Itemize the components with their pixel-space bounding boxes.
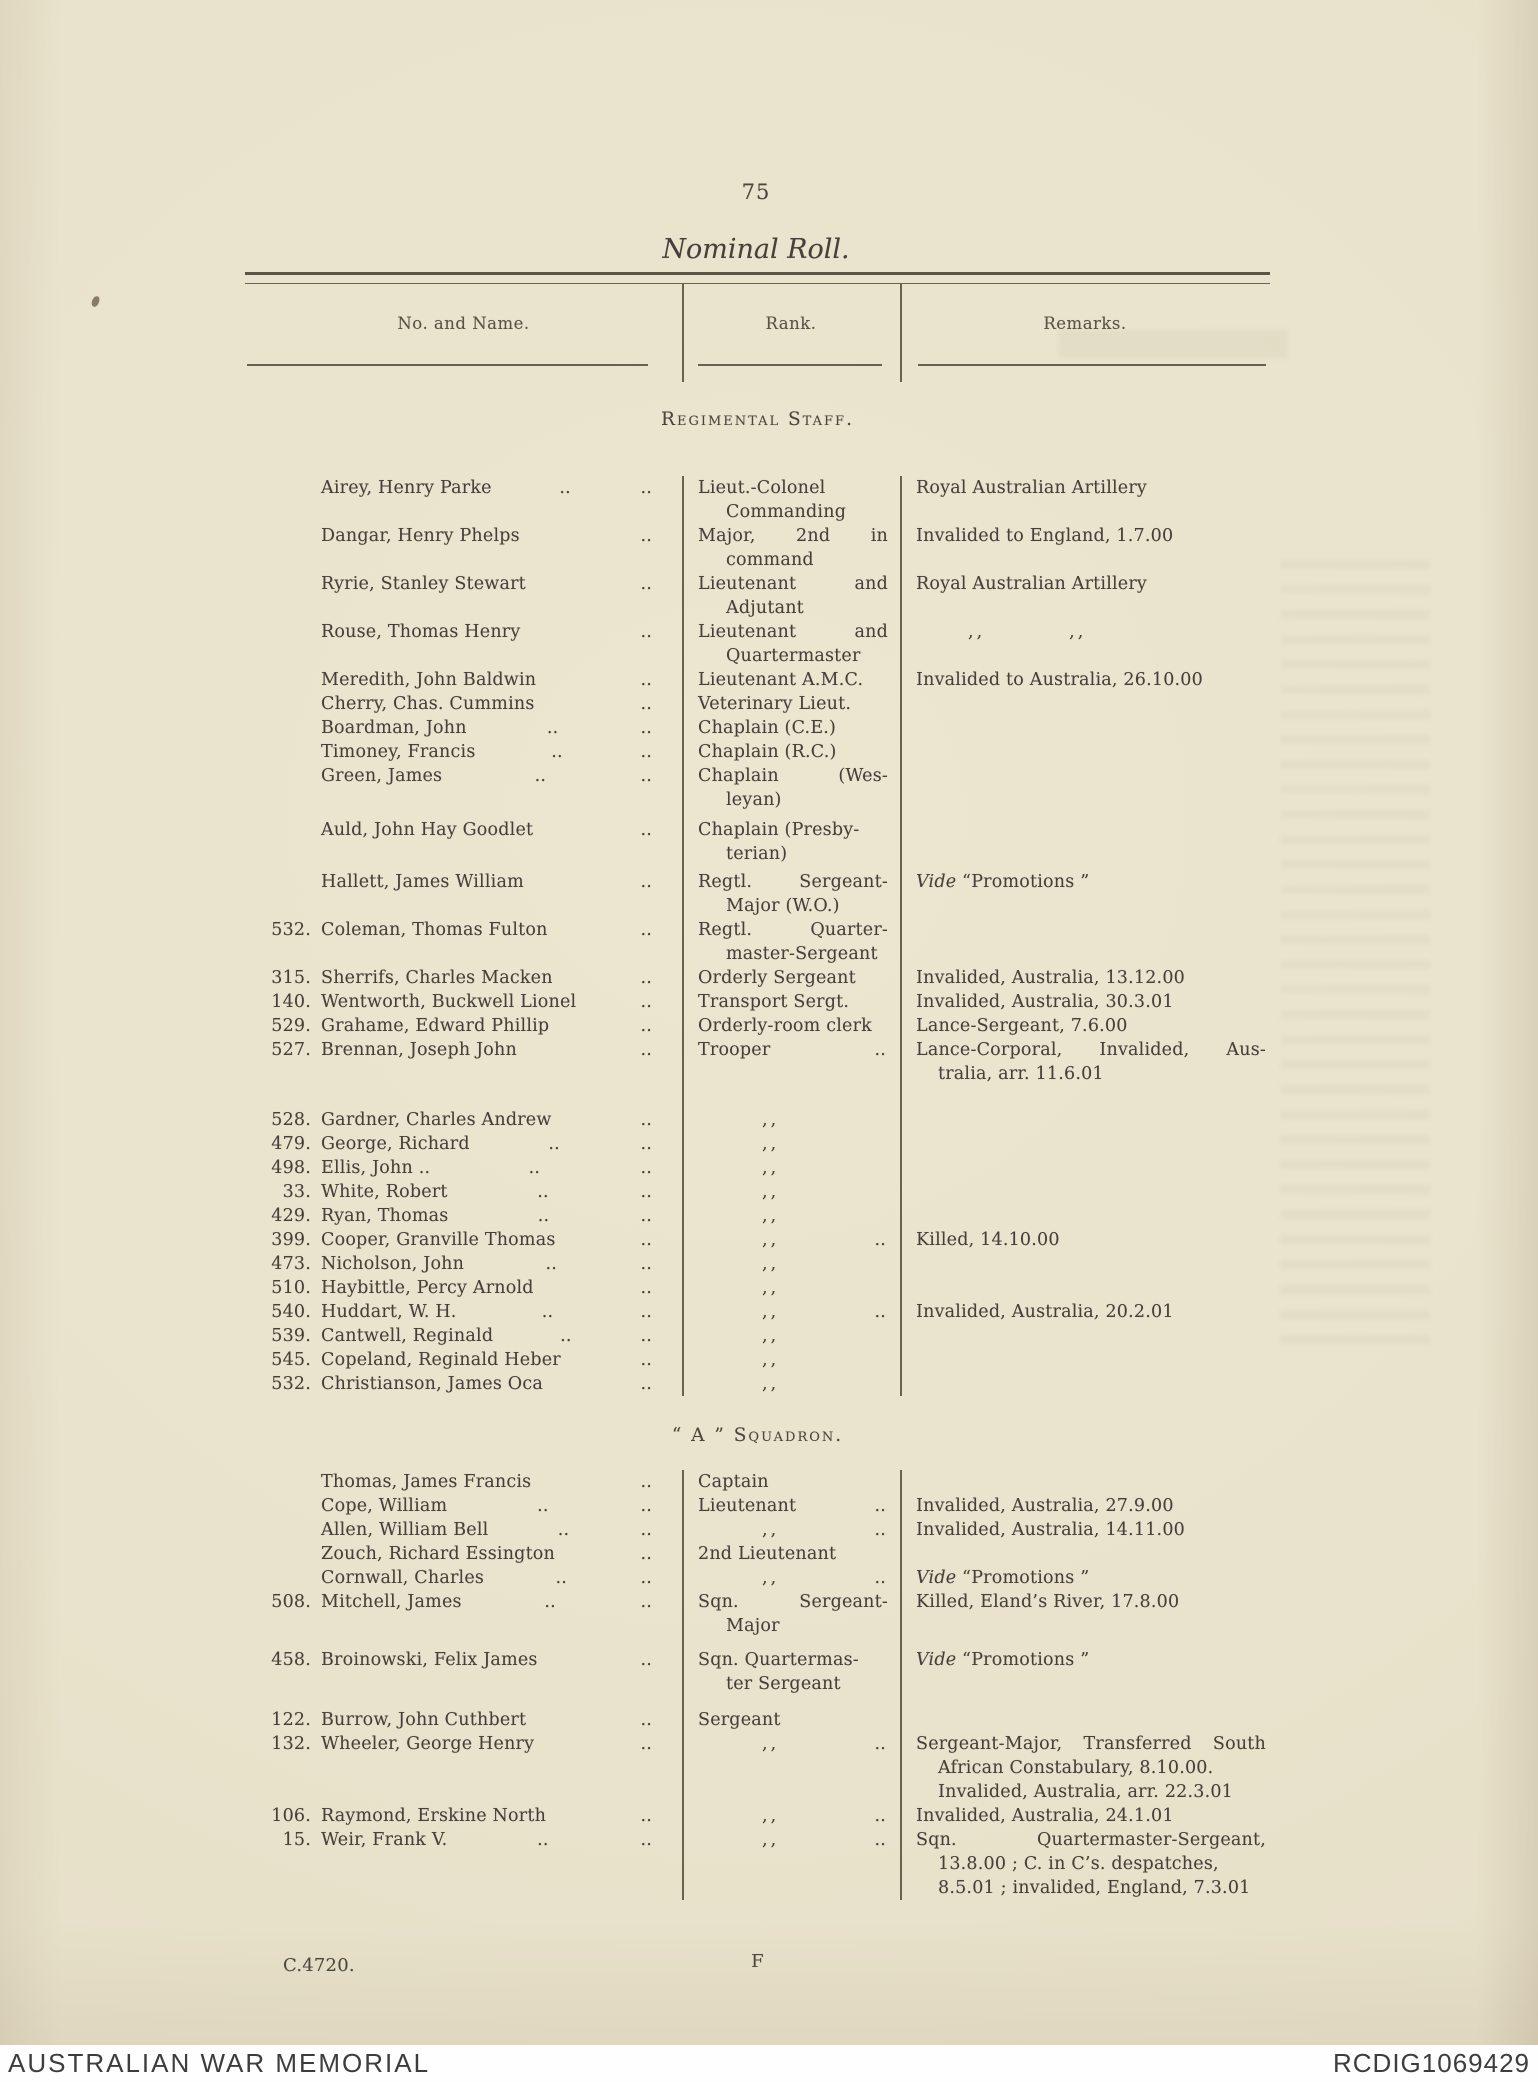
rank-text: terian) [698,842,888,866]
name-cell: 498.Ellis, John ...... [245,1156,682,1180]
leader-dots: .. [638,1590,654,1614]
leader-dots: .. [872,1828,888,1852]
name-cell: 15.Weir, Frank V..... [245,1828,682,1900]
person-name: Broinowski, Felix James [321,1648,538,1672]
header-underline [698,364,882,366]
person-name: Raymond, Erskine North [321,1804,546,1828]
remark-text: Invalided, Australia, 14.11.00 [916,1518,1266,1542]
remark-text: Lance-Corporal,Invalided,Aus- [916,1038,1266,1062]
rank-text: Trooper [698,1038,770,1062]
table-row: Timoney, Francis....Chaplain (R.C.) [245,740,1270,764]
name-cell: Cope, William.... [245,1494,682,1518]
name-cell: 545.Copeland, Reginald Heber.. [245,1348,682,1372]
person-name: Coleman, Thomas Fulton [321,918,548,942]
person-name: Ryan, Thomas [321,1204,448,1228]
remark-text: Invalided, Australia, 13.12.00 [916,966,1266,990]
person-name: George, Richard [321,1132,470,1156]
remarks-cell: Lance-Corporal,Invalided,Aus-tralia, arr… [900,1038,1270,1086]
rank-cell: ,,.. [682,1300,900,1324]
remarks-cell: ,,,, [900,620,1270,668]
remark-text: Invalided, Australia, 30.3.01 [916,990,1266,1014]
rank-text: Quartermaster [698,644,888,668]
remarks-cell: Invalided, Australia, 20.2.01 [900,1300,1270,1324]
rank-text: Transport Sergt. [698,990,888,1014]
ditto-mark: ,, [762,1804,779,1828]
leader-dots: .. [872,1038,888,1062]
leader-dots: .. [872,1494,888,1518]
rank-text: Chaplain (Presby- [698,818,888,842]
leader-dots: .. [544,1252,560,1276]
person-name: Brennan, Joseph John [321,1038,517,1062]
rank-text: Major [698,1614,888,1638]
leader-dots: .. [872,1518,888,1542]
ditto-mark: ,, [762,1180,779,1204]
table-sections: Regimental Staff.Airey, Henry Parke....L… [245,408,1270,1900]
leader-dots: .. [638,668,654,692]
remark-text: Vide “Promotions ” [916,1566,1266,1590]
name-cell: 429.Ryan, Thomas.... [245,1204,682,1228]
name-cell: Allen, William Bell.... [245,1518,682,1542]
person-name: Thomas, James Francis [321,1470,531,1494]
leader-dots: .. [872,1228,888,1252]
column-divider [900,1470,902,1900]
remark-text: 13.8.00 ; C. in C’s. despatches, [916,1852,1266,1876]
rank-text: Chaplain (R.C.) [698,740,888,764]
column-divider [900,284,902,382]
name-cell: 529.Grahame, Edward Phillip.. [245,1014,682,1038]
name-cell: Meredith, John Baldwin.. [245,668,682,692]
name-cell: Ryrie, Stanley Stewart.. [245,572,682,620]
table-row: Thomas, James Francis..Captain [245,1470,1270,1494]
ditto-mark: ,, [762,1828,779,1852]
table-row: 132.Wheeler, George Henry..,,..Sergeant-… [245,1732,1270,1804]
name-cell: 122.Burrow, John Cuthbert.. [245,1708,682,1732]
remarks-cell [900,1372,1270,1396]
person-name: Allen, William Bell [321,1518,488,1542]
ditto-mark: ,, [762,1300,779,1324]
table-row: 315.Sherrifs, Charles Macken..Orderly Se… [245,966,1270,990]
rank-text: Commanding [698,500,888,524]
table-row: 15.Weir, Frank V.....,,..Sqn.Quartermast… [245,1828,1270,1900]
name-cell: 532.Coleman, Thomas Fulton.. [245,918,682,966]
leader-dots: .. [536,1204,552,1228]
table-row: Rouse, Thomas Henry..LieutenantandQuarte… [245,620,1270,668]
remark-text: Royal Australian Artillery [916,572,1266,596]
remarks-cell: Invalided to England, 1.7.00 [900,524,1270,572]
leader-dots: .. [638,1518,654,1542]
rank-cell: Orderly Sergeant [682,966,900,990]
remark-text: African Constabulary, 8.10.00. [916,1756,1266,1780]
name-cell: Dangar, Henry Phelps.. [245,524,682,572]
rank-cell: Orderly-room clerk [682,1014,900,1038]
page-title: Nominal Roll. [0,234,1512,265]
leader-dots: .. [638,870,654,894]
remark-text: Royal Australian Artillery [916,476,1266,500]
column-divider [682,1470,684,1900]
person-name: Nicholson, John [321,1252,464,1276]
remarks-cell [900,1180,1270,1204]
rank-cell: ,,.. [682,1804,900,1828]
table-row: 473.Nicholson, John....,, [245,1252,1270,1276]
rank-cell: Regtl.Sergeant-Major (W.O.) [682,870,900,918]
rank-cell: ,, [682,1156,900,1180]
column-divider [900,476,902,1396]
ditto-mark: ,, [762,1204,779,1228]
service-number: 33. [253,1180,311,1204]
ditto-mark: ,, [968,620,985,644]
remarks-cell: Vide “Promotions ” [900,870,1270,918]
column-header-name: No. and Name. [245,284,682,382]
person-name: Christianson, James Oca [321,1372,543,1396]
name-cell: 510.Haybittle, Percy Arnold.. [245,1276,682,1300]
rank-cell: ,,.. [682,1228,900,1252]
remarks-cell [900,716,1270,740]
remark-text: Invalided, Australia, 27.9.00 [916,1494,1266,1518]
leader-dots: .. [527,1156,543,1180]
ditto-mark: ,, [762,1252,779,1276]
rank-text: Sergeant [698,1708,888,1732]
leader-dots: .. [638,1108,654,1132]
leader-dots: .. [872,1804,888,1828]
name-cell: 532.Christianson, James Oca.. [245,1372,682,1396]
table-row: Meredith, John Baldwin..Lieutenant A.M.C… [245,668,1270,692]
service-number: 540. [253,1300,311,1324]
person-name: Burrow, John Cuthbert [321,1708,526,1732]
person-name: Auld, John Hay Goodlet [321,818,533,842]
leader-dots: .. [872,1732,888,1756]
service-number: 528. [253,1108,311,1132]
remarks-cell [900,1470,1270,1494]
name-cell: Hallett, James William.. [245,870,682,918]
rank-cell: ,, [682,1324,900,1348]
rank-text: Chaplain(Wes- [698,764,888,788]
rank-cell: ,, [682,1180,900,1204]
service-number: 510. [253,1276,311,1300]
rank-text: Lieutenantand [698,620,888,644]
remarks-cell [900,1542,1270,1566]
person-name: Hallett, James William [321,870,524,894]
rank-text: Adjutant [698,596,888,620]
person-name: Gardner, Charles Andrew [321,1108,552,1132]
leader-dots: .. [638,1180,654,1204]
table-row: 140.Wentworth, Buckwell Lionel..Transpor… [245,990,1270,1014]
leader-dots: .. [556,1518,572,1542]
table-row: Auld, John Hay Goodlet..Chaplain (Presby… [245,818,1270,866]
person-name: Cope, William [321,1494,447,1518]
remark-text: Vide “Promotions ” [916,1648,1266,1672]
remarks-cell: Killed, 14.10.00 [900,1228,1270,1252]
rank-cell: Sqn.Sergeant-Major [682,1590,900,1638]
person-name: Cooper, Granville Thomas [321,1228,556,1252]
rank-cell: Chaplain (C.E.) [682,716,900,740]
service-number: 132. [253,1732,311,1756]
rank-cell: Major,2ndincommand [682,524,900,572]
leader-dots: .. [638,990,654,1014]
rank-cell: ,, [682,1108,900,1132]
name-cell: 140.Wentworth, Buckwell Lionel.. [245,990,682,1014]
remarks-cell: Sergeant-Major,TransferredSouthAfrican C… [900,1732,1270,1804]
ditto-mark: ,, [762,1732,779,1756]
table-body: Thomas, James Francis..CaptainCope, Will… [245,1470,1270,1900]
table-row: Cornwall, Charles....,,..Vide “Promotion… [245,1566,1270,1590]
leader-dots: .. [533,764,549,788]
table-row: 508.Mitchell, James....Sqn.Sergeant-Majo… [245,1590,1270,1638]
table-row: Green, James....Chaplain(Wes-leyan) [245,764,1270,812]
person-name: White, Robert [321,1180,448,1204]
ditto-mark: ,, [762,1324,779,1348]
rank-cell: Lieut.-ColonelCommanding [682,476,900,524]
remarks-cell: Invalided, Australia, 30.3.01 [900,990,1270,1014]
plate-number: C.4720. [283,1955,355,1976]
page-number: 75 [0,180,1512,204]
name-cell: 315.Sherrifs, Charles Macken.. [245,966,682,990]
rank-cell: Sqn. Quartermas-ter Sergeant [682,1648,900,1696]
rank-cell: ,,.. [682,1566,900,1590]
person-name: Weir, Frank V. [321,1828,447,1852]
header-underline [247,364,648,366]
table-row: 479.George, Richard....,, [245,1132,1270,1156]
leader-dots: .. [638,740,654,764]
table-row: 106.Raymond, Erskine North..,,..Invalide… [245,1804,1270,1828]
bleed-through-texture [1280,560,1430,1360]
service-number: 508. [253,1590,311,1614]
archive-name: AUSTRALIAN WAR MEMORIAL [8,2048,430,2079]
table-row: Ryrie, Stanley Stewart..LieutenantandAdj… [245,572,1270,620]
remarks-cell: Invalided to Australia, 26.10.00 [900,668,1270,692]
column-header-label: Remarks. [1043,312,1126,336]
name-cell: Boardman, John.... [245,716,682,740]
service-number: 429. [253,1204,311,1228]
rank-cell: ,, [682,1372,900,1396]
table-row: Airey, Henry Parke....Lieut.-ColonelComm… [245,476,1270,524]
rank-text: Lieut.-Colonel [698,476,888,500]
service-number: 539. [253,1324,311,1348]
leader-dots: .. [638,1132,654,1156]
name-cell: 106.Raymond, Erskine North.. [245,1804,682,1828]
remarks-cell: Royal Australian Artillery [900,476,1270,524]
remarks-cell [900,1348,1270,1372]
leader-dots: .. [638,1566,654,1590]
name-cell: 458.Broinowski, Felix James.. [245,1648,682,1696]
rank-cell: Chaplain(Wes-leyan) [682,764,900,812]
person-name: Cantwell, Reginald [321,1324,493,1348]
rank-cell: Lieutenant A.M.C. [682,668,900,692]
rank-cell: Lieutenant.. [682,1494,900,1518]
column-header-label: Rank. [765,312,816,336]
rank-cell: ,,.. [682,1518,900,1542]
section-heading: “ A ” Squadron. [245,1424,1270,1448]
rank-text: Lieutenant [698,1494,796,1518]
rank-cell: Chaplain (Presby-terian) [682,818,900,866]
service-number: 545. [253,1348,311,1372]
remarks-cell: Invalided, Australia, 13.12.00 [900,966,1270,990]
rank-text: Veterinary Lieut. [698,692,888,716]
rank-cell: ,, [682,1132,900,1156]
rank-text: master-Sergeant [698,942,888,966]
name-cell: 399.Cooper, Granville Thomas.. [245,1228,682,1252]
table-row: 528.Gardner, Charles Andrew..,, [245,1108,1270,1132]
remarks-cell [900,918,1270,966]
name-cell: 508.Mitchell, James.... [245,1590,682,1638]
leader-dots: .. [549,740,565,764]
name-cell: 473.Nicholson, John.... [245,1252,682,1276]
ditto-mark: ,, [762,1228,779,1252]
ditto-mark: ,, [762,1518,779,1542]
ditto-mark: ,, [762,1156,779,1180]
rank-text: Regtl.Quarter- [698,918,888,942]
name-cell: 33.White, Robert.... [245,1180,682,1204]
rank-text: command [698,548,888,572]
remarks-cell [900,1276,1270,1300]
table-row: 510.Haybittle, Percy Arnold..,, [245,1276,1270,1300]
name-cell: 540.Huddart, W. H..... [245,1300,682,1324]
remarks-cell: Royal Australian Artillery [900,572,1270,620]
service-number: 15. [253,1828,311,1852]
ditto-mark: ,, [1069,620,1086,644]
table-body: Airey, Henry Parke....Lieut.-ColonelComm… [245,476,1270,1396]
service-number: 498. [253,1156,311,1180]
table-row: Cherry, Chas. Cummins..Veterinary Lieut. [245,692,1270,716]
table-row: 429.Ryan, Thomas....,, [245,1204,1270,1228]
leader-dots: .. [638,692,654,716]
leader-dots: .. [638,1276,654,1300]
name-cell: Zouch, Richard Essington.. [245,1542,682,1566]
remarks-cell: Invalided, Australia, 27.9.00 [900,1494,1270,1518]
remarks-cell [900,692,1270,716]
leader-dots: .. [535,1494,551,1518]
name-cell: Cornwall, Charles.... [245,1566,682,1590]
person-name: Sherrifs, Charles Macken [321,966,553,990]
leader-dots: .. [638,476,654,500]
leader-dots: .. [638,1014,654,1038]
leader-dots: .. [638,1732,654,1756]
person-name: Wheeler, George Henry [321,1732,534,1756]
remarks-cell [900,1204,1270,1228]
service-number: 527. [253,1038,311,1062]
leader-dots: .. [554,1566,570,1590]
remarks-cell [900,740,1270,764]
name-cell: 528.Gardner, Charles Andrew.. [245,1108,682,1132]
person-name: Ellis, John .. [321,1156,430,1180]
remarks-cell: Sqn.Quartermaster-Sergeant,13.8.00 ; C. … [900,1828,1270,1900]
remark-text: Sergeant-Major,TransferredSouth [916,1732,1266,1756]
ditto-marks: ,,,, [916,620,1266,644]
remark-text: Lance-Sergeant, 7.6.00 [916,1014,1266,1038]
name-cell: Airey, Henry Parke.... [245,476,682,524]
rank-text: leyan) [698,788,888,812]
name-cell: Green, James.... [245,764,682,812]
leader-dots: .. [638,966,654,990]
service-number: 532. [253,918,311,942]
rank-text: Major (W.O.) [698,894,888,918]
rank-text: Chaplain (C.E.) [698,716,888,740]
rank-cell: ,,.. [682,1732,900,1804]
remarks-cell [900,1252,1270,1276]
remarks-cell [900,1132,1270,1156]
leader-dots: .. [638,818,654,842]
signature-mark: F [751,1950,764,1974]
service-number: 532. [253,1372,311,1396]
person-name: Boardman, John [321,716,467,740]
ditto-mark: ,, [762,1276,779,1300]
leader-dots: .. [638,716,654,740]
leader-dots: .. [638,1204,654,1228]
rank-text: Orderly-room clerk [698,1014,888,1038]
name-cell: 132.Wheeler, George Henry.. [245,1732,682,1804]
rank-cell: Chaplain (R.C.) [682,740,900,764]
name-cell: Cherry, Chas. Cummins.. [245,692,682,716]
top-double-rule [245,272,1270,284]
person-name: Green, James [321,764,442,788]
service-number: 122. [253,1708,311,1732]
page-footer: C.4720. F [245,1954,1270,1980]
name-cell: Thomas, James Francis.. [245,1470,682,1494]
remarks-cell [900,1708,1270,1732]
ditto-mark: ,, [762,1372,779,1396]
leader-dots: .. [638,1038,654,1062]
leader-dots: .. [638,1494,654,1518]
leader-dots: .. [638,524,654,548]
remark-text: Invalided to England, 1.7.00 [916,524,1266,548]
leader-dots: .. [546,1132,562,1156]
leader-dots: .. [638,764,654,788]
column-header-remarks: Remarks. [900,284,1270,382]
person-name: Rouse, Thomas Henry [321,620,520,644]
table-row: 540.Huddart, W. H.....,,..Invalided, Aus… [245,1300,1270,1324]
person-name: Dangar, Henry Phelps [321,524,520,548]
person-name: Huddart, W. H. [321,1300,457,1324]
rank-cell: Regtl.Quarter-master-Sergeant [682,918,900,966]
remark-text: Invalided, Australia, 24.1.01 [916,1804,1266,1828]
person-name: Wentworth, Buckwell Lionel [321,990,576,1014]
rank-text: Lieutenant A.M.C. [698,668,888,692]
rank-cell: ,, [682,1252,900,1276]
rank-cell: ,, [682,1204,900,1228]
rank-text: Regtl.Sergeant- [698,870,888,894]
ditto-mark: ,, [762,1566,779,1590]
remark-text: tralia, arr. 11.6.01 [916,1062,1266,1086]
rank-cell: 2nd Lieutenant [682,1542,900,1566]
rank-text: Major,2ndin [698,524,888,548]
table-row: Allen, William Bell....,,..Invalided, Au… [245,1518,1270,1542]
service-number: 106. [253,1804,311,1828]
rank-text: Orderly Sergeant [698,966,888,990]
leader-dots: .. [638,1542,654,1566]
person-name: Grahame, Edward Phillip [321,1014,549,1038]
table-row: 498.Ellis, John ......,, [245,1156,1270,1180]
remark-text: Invalided, Australia, 20.2.01 [916,1300,1266,1324]
leader-dots: .. [558,1324,574,1348]
leader-dots: .. [638,1324,654,1348]
leader-dots: .. [638,1372,654,1396]
remark-text: 8.5.01 ; invalided, England, 7.3.01 [916,1876,1266,1900]
table-row: 399.Cooper, Granville Thomas..,,..Killed… [245,1228,1270,1252]
table-row: 458.Broinowski, Felix James..Sqn. Quarte… [245,1648,1270,1696]
service-number: 399. [253,1228,311,1252]
rank-cell: Trooper.. [682,1038,900,1086]
name-cell: Timoney, Francis.... [245,740,682,764]
table-row: Hallett, James William..Regtl.Sergeant-M… [245,870,1270,918]
leader-dots: .. [638,1828,654,1852]
person-name: Cherry, Chas. Cummins [321,692,535,716]
service-number: 458. [253,1648,311,1672]
remark-text: Killed, 14.10.00 [916,1228,1266,1252]
table-row: 529.Grahame, Edward Phillip..Orderly-roo… [245,1014,1270,1038]
person-name: Mitchell, James [321,1590,462,1614]
remarks-cell: Vide “Promotions ” [900,1566,1270,1590]
ditto-mark: ,, [762,1348,779,1372]
ink-speck [91,295,101,307]
